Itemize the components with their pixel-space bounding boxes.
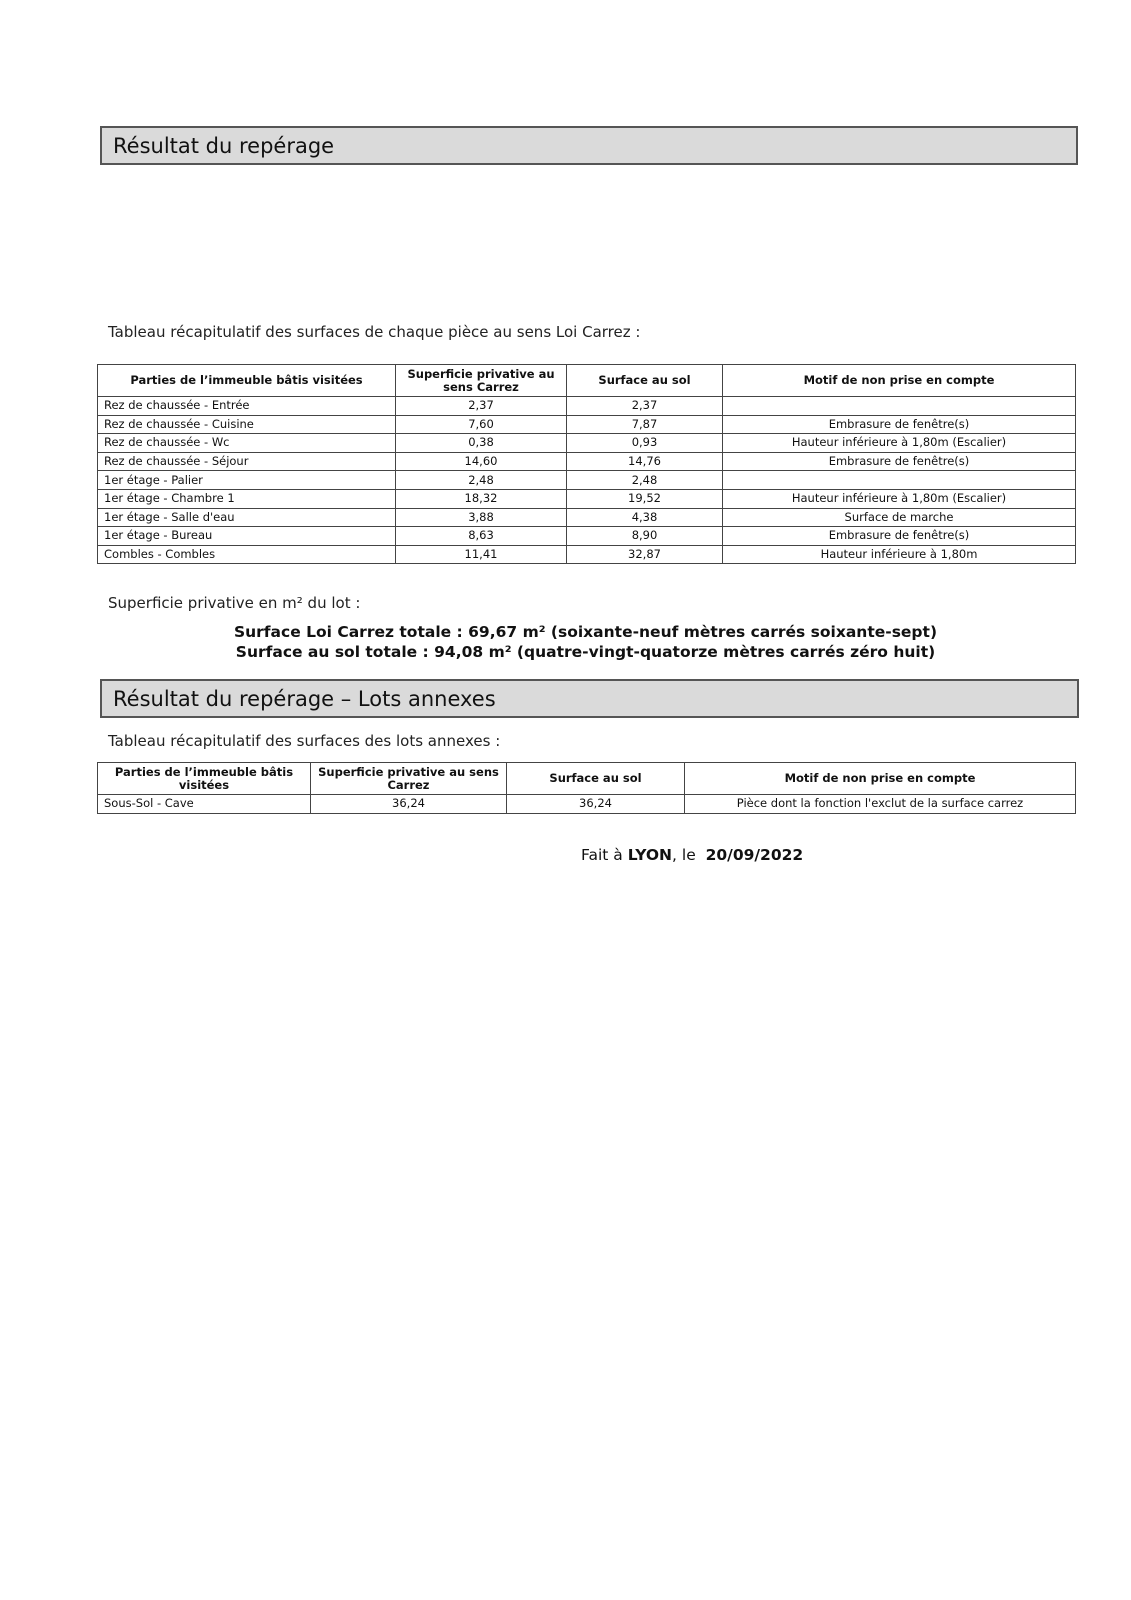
table-row: 1er étage - Chambre 118,3219,52Hauteur i… <box>98 489 1076 508</box>
section-header-resultat: Résultat du repérage <box>100 126 1078 165</box>
cell-surface-sol: 19,52 <box>567 489 723 508</box>
cell-partie: Rez de chaussée - Séjour <box>98 452 396 471</box>
cell-partie: 1er étage - Bureau <box>98 527 396 546</box>
table-row: Rez de chaussée - Séjour14,6014,76Embras… <box>98 452 1076 471</box>
col-header-surface-sol: Surface au sol <box>507 763 685 795</box>
table-row: Sous-Sol - Cave36,2436,24Pièce dont la f… <box>98 795 1076 814</box>
cell-motif: Embrasure de fenêtre(s) <box>723 527 1076 546</box>
cell-surface-sol: 4,38 <box>567 508 723 527</box>
cell-motif <box>723 471 1076 490</box>
cell-partie: 1er étage - Chambre 1 <box>98 489 396 508</box>
cell-surface-sol: 32,87 <box>567 545 723 564</box>
cell-motif: Hauteur inférieure à 1,80m (Escalier) <box>723 489 1076 508</box>
cell-surface-sol: 7,87 <box>567 415 723 434</box>
cell-surface-sol: 36,24 <box>507 795 685 814</box>
table-header-row: Parties de l’immeuble bâtis visitées Sup… <box>98 365 1076 397</box>
table-row: Rez de chaussée - Entrée2,372,37 <box>98 397 1076 416</box>
table-row: Combles - Combles11,4132,87Hauteur infér… <box>98 545 1076 564</box>
table-intro-annexes: Tableau récapitulatif des surfaces des l… <box>108 732 500 750</box>
cell-superficie-carrez: 11,41 <box>396 545 567 564</box>
cell-partie: Rez de chaussée - Wc <box>98 434 396 453</box>
cell-superficie-carrez: 2,48 <box>396 471 567 490</box>
totals-block: Surface Loi Carrez totale : 69,67 m² (so… <box>0 623 1131 662</box>
cell-partie: Rez de chaussée - Cuisine <box>98 415 396 434</box>
signature-city: LYON <box>628 846 672 864</box>
total-sol: Surface au sol totale : 94,08 m² (quatre… <box>0 643 1131 663</box>
table-intro-carrez: Tableau récapitulatif des surfaces de ch… <box>108 323 640 341</box>
cell-partie: Combles - Combles <box>98 545 396 564</box>
cell-superficie-carrez: 14,60 <box>396 452 567 471</box>
cell-partie: 1er étage - Salle d'eau <box>98 508 396 527</box>
cell-motif: Surface de marche <box>723 508 1076 527</box>
annexes-surface-table: Parties de l’immeuble bâtis visitées Sup… <box>97 762 1076 814</box>
cell-partie: Sous-Sol - Cave <box>98 795 311 814</box>
cell-motif: Hauteur inférieure à 1,80m (Escalier) <box>723 434 1076 453</box>
cell-surface-sol: 14,76 <box>567 452 723 471</box>
cell-superficie-carrez: 36,24 <box>311 795 507 814</box>
signature-date: 20/09/2022 <box>706 846 804 864</box>
total-carrez: Surface Loi Carrez totale : 69,67 m² (so… <box>0 623 1131 643</box>
cell-motif: Embrasure de fenêtre(s) <box>723 415 1076 434</box>
cell-superficie-carrez: 18,32 <box>396 489 567 508</box>
cell-motif: Hauteur inférieure à 1,80m <box>723 545 1076 564</box>
cell-partie: Rez de chaussée - Entrée <box>98 397 396 416</box>
cell-surface-sol: 2,48 <box>567 471 723 490</box>
cell-superficie-carrez: 0,38 <box>396 434 567 453</box>
section-header-lots-annexes: Résultat du repérage – Lots annexes <box>100 679 1079 718</box>
signature-middle: , le <box>672 846 701 864</box>
cell-motif <box>723 397 1076 416</box>
table-row: Rez de chaussée - Cuisine7,607,87Embrasu… <box>98 415 1076 434</box>
col-header-motif: Motif de non prise en compte <box>685 763 1076 795</box>
col-header-parties: Parties de l’immeuble bâtis visitées <box>98 763 311 795</box>
table-row: Rez de chaussée - Wc0,380,93Hauteur infé… <box>98 434 1076 453</box>
col-header-superficie: Superficie privative au sens Carrez <box>311 763 507 795</box>
cell-superficie-carrez: 8,63 <box>396 527 567 546</box>
cell-motif: Embrasure de fenêtre(s) <box>723 452 1076 471</box>
cell-superficie-carrez: 3,88 <box>396 508 567 527</box>
cell-motif: Pièce dont la fonction l'exclut de la su… <box>685 795 1076 814</box>
cell-surface-sol: 0,93 <box>567 434 723 453</box>
signature-prefix: Fait à <box>581 846 628 864</box>
signature-line: Fait à LYON, le 20/09/2022 <box>581 846 803 864</box>
table-row: 1er étage - Palier2,482,48 <box>98 471 1076 490</box>
cell-superficie-carrez: 7,60 <box>396 415 567 434</box>
col-header-parties: Parties de l’immeuble bâtis visitées <box>98 365 396 397</box>
lot-area-label: Superficie privative en m² du lot : <box>108 594 360 612</box>
cell-superficie-carrez: 2,37 <box>396 397 567 416</box>
table-row: 1er étage - Salle d'eau3,884,38Surface d… <box>98 508 1076 527</box>
col-header-surface-sol: Surface au sol <box>567 365 723 397</box>
col-header-superficie: Superficie privative au sens Carrez <box>396 365 567 397</box>
col-header-motif: Motif de non prise en compte <box>723 365 1076 397</box>
table-header-row: Parties de l’immeuble bâtis visitées Sup… <box>98 763 1076 795</box>
cell-surface-sol: 2,37 <box>567 397 723 416</box>
cell-surface-sol: 8,90 <box>567 527 723 546</box>
table-row: 1er étage - Bureau8,638,90Embrasure de f… <box>98 527 1076 546</box>
cell-partie: 1er étage - Palier <box>98 471 396 490</box>
carrez-surface-table: Parties de l’immeuble bâtis visitées Sup… <box>97 364 1076 564</box>
